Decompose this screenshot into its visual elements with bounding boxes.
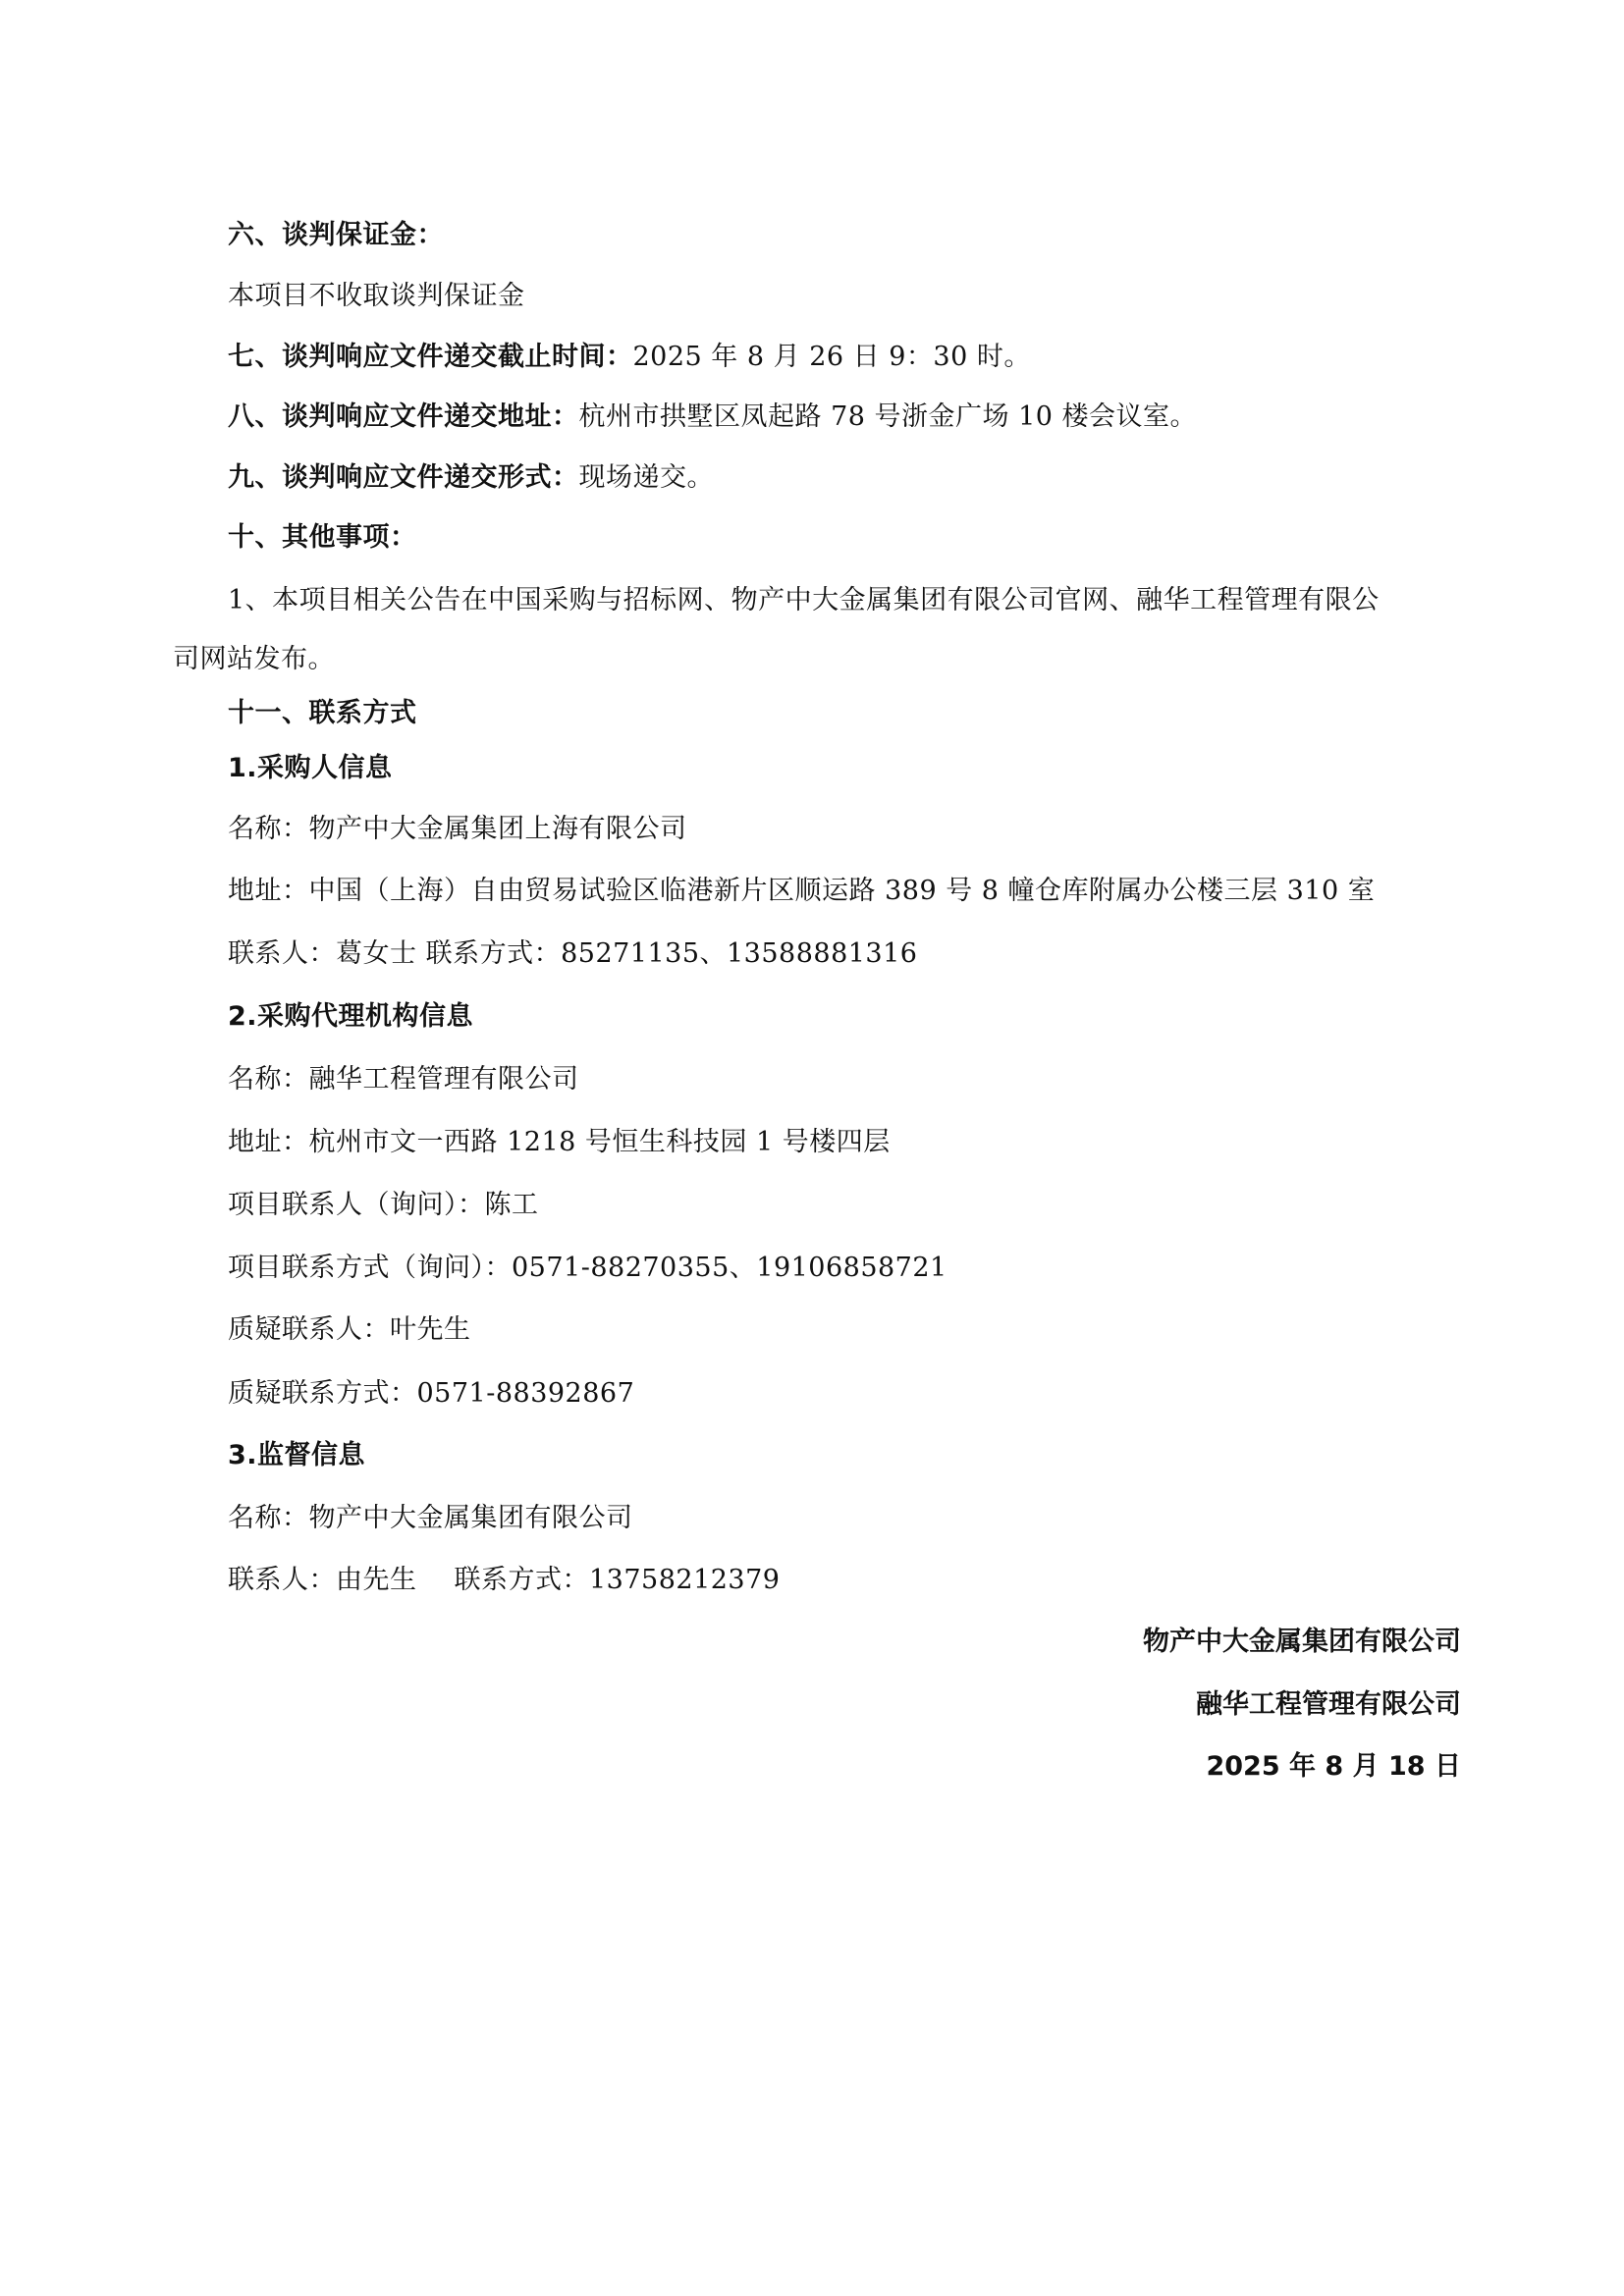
agency-heading-text: 2.采购代理机构信息 (228, 1001, 473, 1032)
section-deposit-text: 本项目不收取谈判保证金 (228, 277, 525, 316)
purchaser-contact: 联系人：葛女士 联系方式：85271135、13588881316 (228, 934, 917, 974)
signature-org2: 融华工程管理有限公司 (1196, 1685, 1461, 1725)
deadline-label: 七、谈判响应文件递交截止时间： (228, 342, 633, 372)
supervision-heading-text: 3.监督信息 (228, 1440, 365, 1470)
deadline-value: 2025 年 8 月 26 日 9：30 时。 (633, 342, 1031, 372)
signature-org1: 物产中大金属集团有限公司 (1143, 1623, 1461, 1662)
address-value: 杭州市拱墅区凤起路 78 号浙金广场 10 楼会议室。 (579, 401, 1198, 432)
supervision-contact-person: 联系人：由先生 (228, 1565, 417, 1595)
agency-query-contact: 质疑联系人：叶先生 (228, 1310, 471, 1350)
contact-heading-text: 十一、联系方式 (228, 698, 417, 728)
other-item1-line1: 1、本项目相关公告在中国采购与招标网、物产中大金属集团有限公司官网、融华工程管理… (228, 581, 1380, 620)
section-form: 九、谈判响应文件递交形式：现场递交。 (228, 458, 714, 498)
agency-query-phone: 质疑联系方式：0571-88392867 (228, 1374, 634, 1414)
signature-date: 2025 年 8 月 18 日 (1206, 1747, 1461, 1787)
purchaser-name: 名称：物产中大金属集团上海有限公司 (228, 810, 687, 849)
supervision-contact: 联系人：由先生联系方式：13758212379 (228, 1561, 780, 1600)
other-item1-line2: 司网站发布。 (173, 640, 335, 679)
address-label: 八、谈判响应文件递交地址： (228, 401, 579, 432)
heading-text: 六、谈判保证金： (228, 220, 444, 250)
section-other-heading: 十、其他事项： (228, 518, 417, 558)
supervision-heading: 3.监督信息 (228, 1436, 365, 1475)
agency-heading: 2.采购代理机构信息 (228, 997, 473, 1037)
section-deadline: 七、谈判响应文件递交截止时间：2025 年 8 月 26 日 9：30 时。 (228, 338, 1031, 377)
section-address: 八、谈判响应文件递交地址：杭州市拱墅区凤起路 78 号浙金广场 10 楼会议室。 (228, 398, 1197, 437)
purchaser-heading: 1.采购人信息 (228, 749, 393, 788)
purchaser-address: 地址：中国（上海）自由贸易试验区临港新片区顺运路 389 号 8 幢仓库附属办公… (228, 872, 1375, 911)
purchaser-heading-text: 1.采购人信息 (228, 753, 393, 783)
section-deposit-heading: 六、谈判保证金： (228, 216, 444, 255)
supervision-phone: 联系方式：13758212379 (455, 1565, 781, 1595)
agency-project-phone: 项目联系方式（询问）：0571-88270355、19106858721 (228, 1249, 947, 1288)
form-label: 九、谈判响应文件递交形式： (228, 462, 579, 493)
form-value: 现场递交。 (579, 462, 715, 493)
agency-project-contact: 项目联系人（询问）：陈工 (228, 1186, 539, 1225)
other-heading-text: 十、其他事项： (228, 522, 417, 553)
supervision-name: 名称：物产中大金属集团有限公司 (228, 1499, 633, 1538)
document-page: 六、谈判保证金： 本项目不收取谈判保证金 七、谈判响应文件递交截止时间：2025… (0, 0, 1624, 2296)
section-contact-heading: 十一、联系方式 (228, 694, 417, 733)
agency-address: 地址：杭州市文一西路 1218 号恒生科技园 1 号楼四层 (228, 1123, 891, 1162)
agency-name: 名称：融华工程管理有限公司 (228, 1060, 579, 1099)
